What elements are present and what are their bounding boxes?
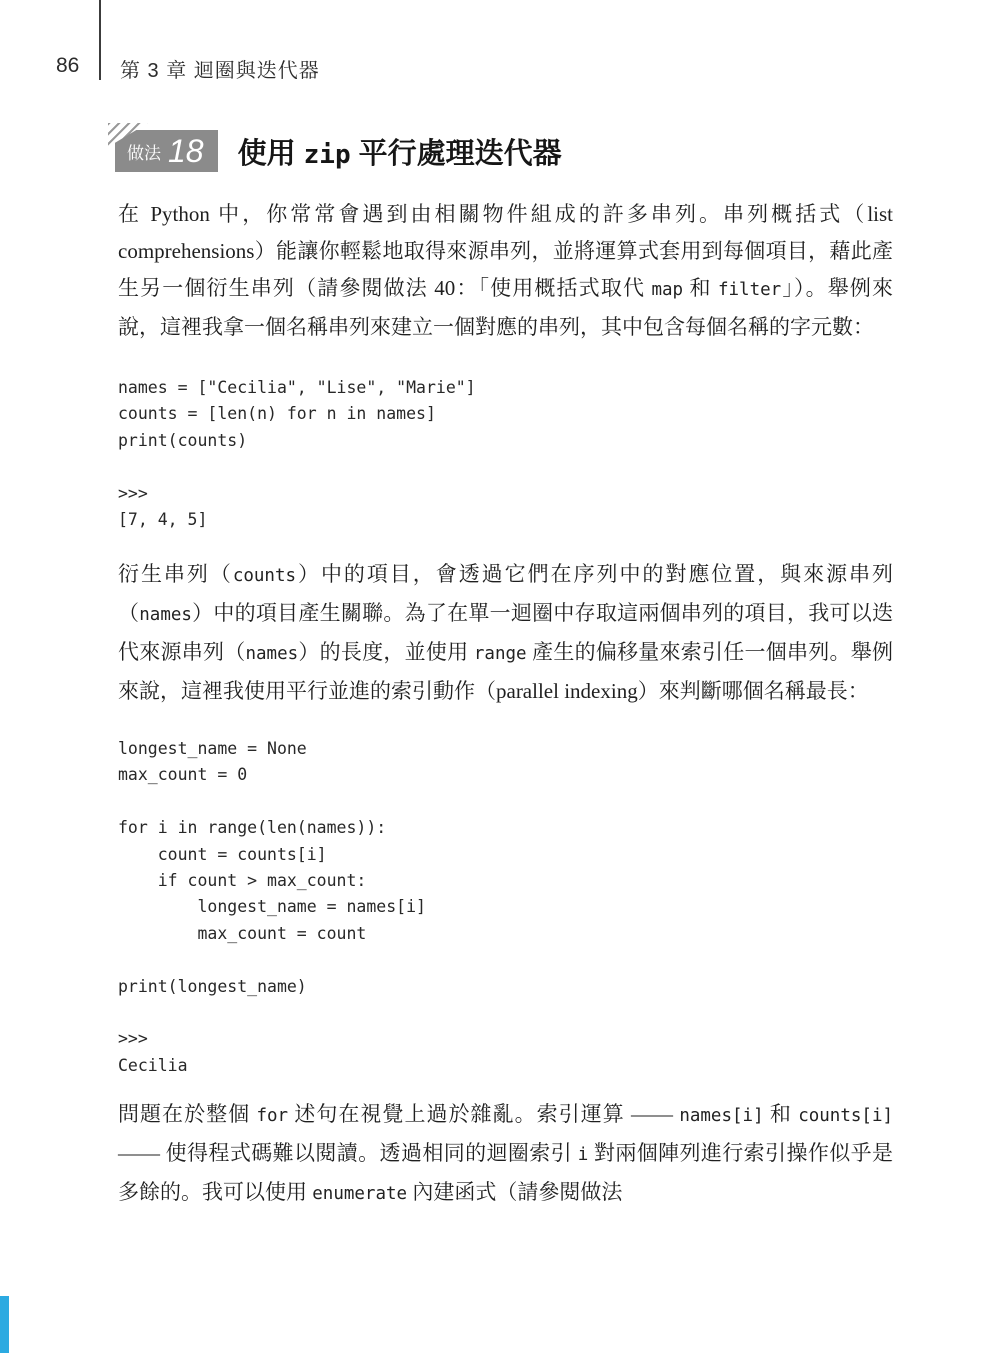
paragraph-problem: 問題在於整個 for 述句在視覺上過於雜亂。索引運算 —— names[i] 和… xyxy=(118,1096,893,1213)
paragraph-parallel-indexing: 衍生串列（counts）中的項目，會透過它們在序列中的對應位置，與來源串列（na… xyxy=(118,556,893,710)
code-block-list-comprehension: names = ["Cecilia", "Lise", "Marie"] cou… xyxy=(118,375,476,533)
paragraph-intro: 在 Python 中，你常常會遇到由相關物件組成的許多串列。串列概括式（list… xyxy=(118,196,893,346)
item-badge-number: 18 xyxy=(168,135,204,167)
item-heading: 做法 18 使用 zip 平行處理迭代器 xyxy=(115,130,562,172)
page-edge-tab xyxy=(0,1296,9,1353)
item-badge-label: 做法 xyxy=(127,139,161,164)
page-number: 86 xyxy=(56,54,79,78)
header-divider-rule xyxy=(99,0,101,80)
chapter-title: 第 3 章 迴圈與迭代器 xyxy=(120,54,320,83)
code-block-for-loop: longest_name = None max_count = 0 for i … xyxy=(118,736,426,1079)
item-title: 使用 zip 平行處理迭代器 xyxy=(238,131,562,172)
item-badge: 做法 18 xyxy=(115,130,218,172)
book-page: 86 第 3 章 迴圈與迭代器 做法 18 使用 zip 平行處理迭代器 在 P… xyxy=(0,0,1000,1353)
